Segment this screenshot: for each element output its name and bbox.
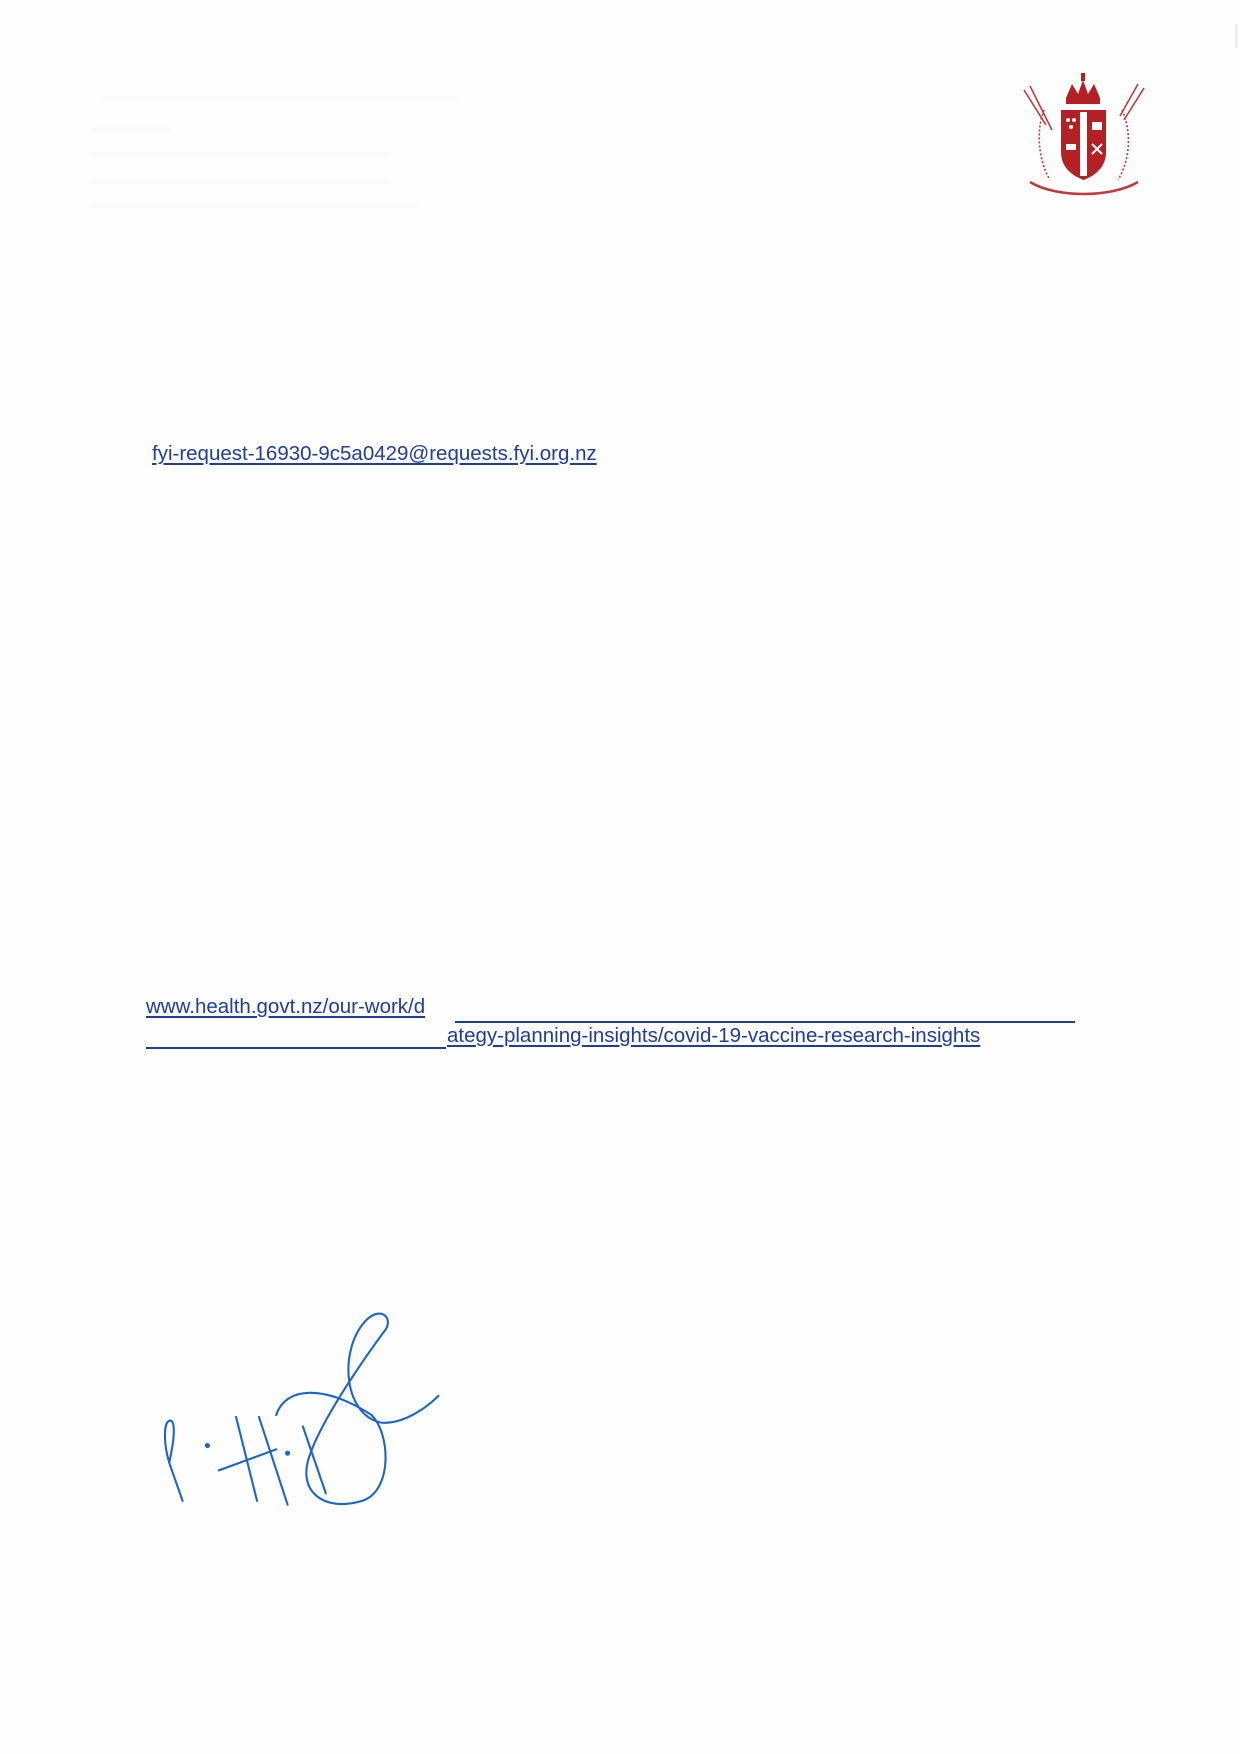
scan-edge-mark xyxy=(1235,24,1238,48)
new-zealand-coat-of-arms-icon xyxy=(1016,70,1151,200)
health-url-link-line1[interactable]: www.health.govt.nz/our-work/d xyxy=(146,995,425,1019)
health-url-link-line2[interactable]: ategy-planning-insights/covid-19-vaccine… xyxy=(447,1024,980,1048)
url-underline-2 xyxy=(146,1047,446,1049)
letter-page: fyi-request-16930-9c5a0429@requests.fyi.… xyxy=(0,0,1240,1754)
recipient-email-link[interactable]: fyi-request-16930-9c5a0429@requests.fyi.… xyxy=(152,442,597,466)
handwritten-signature-icon xyxy=(140,1310,460,1520)
url-underline-1 xyxy=(455,1021,1075,1023)
